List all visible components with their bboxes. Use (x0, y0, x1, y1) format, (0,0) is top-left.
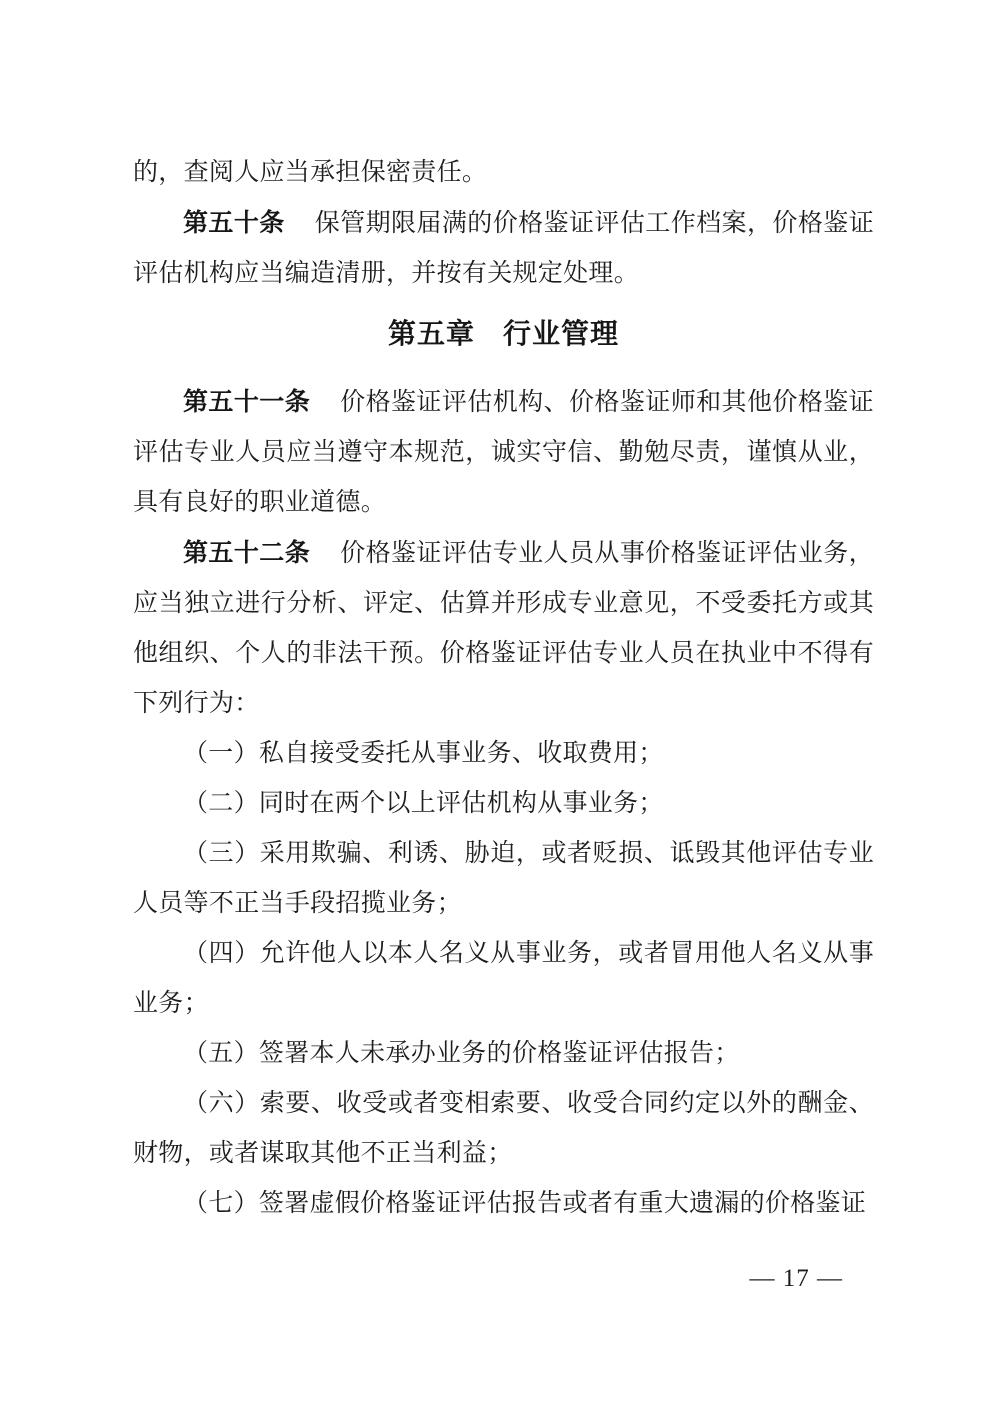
article-number: 第五十一条 (183, 388, 310, 416)
document-page: 的，查阅人应当承担保密责任。第五十条保管期限届满的价格鉴证评估工作档案，价格鉴证… (0, 0, 992, 1403)
paragraph-text: （二）同时在两个以上评估机构从事业务； (183, 790, 664, 817)
paragraph-text: （七）签署虚假价格鉴证评估报告或者有重大遗漏的价格鉴证 (183, 1190, 866, 1217)
paragraph: 第五十条保管期限届满的价格鉴证评估工作档案，价格鉴证评估机构应当编造清册，并按有… (133, 198, 874, 299)
paragraph: （三）采用欺骗、利诱、胁迫，或者贬损、诋毁其他评估专业人员等不正当手段招揽业务； (133, 829, 874, 929)
chapter-heading-part: 行业管理 (503, 318, 619, 349)
page-number: — 17 — (750, 1264, 844, 1294)
paragraph-text: 的，查阅人应当承担保密责任。 (133, 159, 487, 186)
paragraph: 第五十一条价格鉴证评估机构、价格鉴证师和其他价格鉴证评估专业人员应当遵守本规范，… (133, 377, 874, 528)
chapter-heading-part: 第五章 (388, 318, 475, 349)
paragraph: （六）索要、收受或者变相索要、收受合同约定以外的酬金、财物，或者谋取其他不正当利… (133, 1079, 874, 1179)
paragraph-text: （五）签署本人未承办业务的价格鉴证评估报告； (183, 1040, 740, 1067)
article-number: 第五十条 (183, 209, 285, 237)
paragraph-text: （六）索要、收受或者变相索要、收受合同约定以外的酬金、财物，或者谋取其他不正当利… (133, 1090, 874, 1167)
paragraph: （七）签署虚假价格鉴证评估报告或者有重大遗漏的价格鉴证 (133, 1179, 874, 1229)
paragraph: （五）签署本人未承办业务的价格鉴证评估报告； (133, 1029, 874, 1079)
article-number: 第五十二条 (183, 539, 310, 567)
document-body: 的，查阅人应当承担保密责任。第五十条保管期限届满的价格鉴证评估工作档案，价格鉴证… (133, 148, 874, 1229)
paragraph-text: （三）采用欺骗、利诱、胁迫，或者贬损、诋毁其他评估专业人员等不正当手段招揽业务； (133, 840, 874, 917)
paragraph: （四）允许他人以本人名义从事业务，或者冒用他人名义从事业务； (133, 929, 874, 1029)
paragraph: （一）私自接受委托从事业务、收取费用； (133, 729, 874, 779)
paragraph-text: （四）允许他人以本人名义从事业务，或者冒用他人名义从事业务； (133, 940, 874, 1017)
chapter-heading: 第五章行业管理 (133, 309, 874, 359)
paragraph: 的，查阅人应当承担保密责任。 (133, 148, 874, 198)
paragraph: 第五十二条价格鉴证评估专业人员从事价格鉴证评估业务，应当独立进行分析、评定、估算… (133, 528, 874, 729)
paragraph: （二）同时在两个以上评估机构从事业务； (133, 779, 874, 829)
paragraph-text: （一）私自接受委托从事业务、收取费用； (183, 740, 664, 767)
